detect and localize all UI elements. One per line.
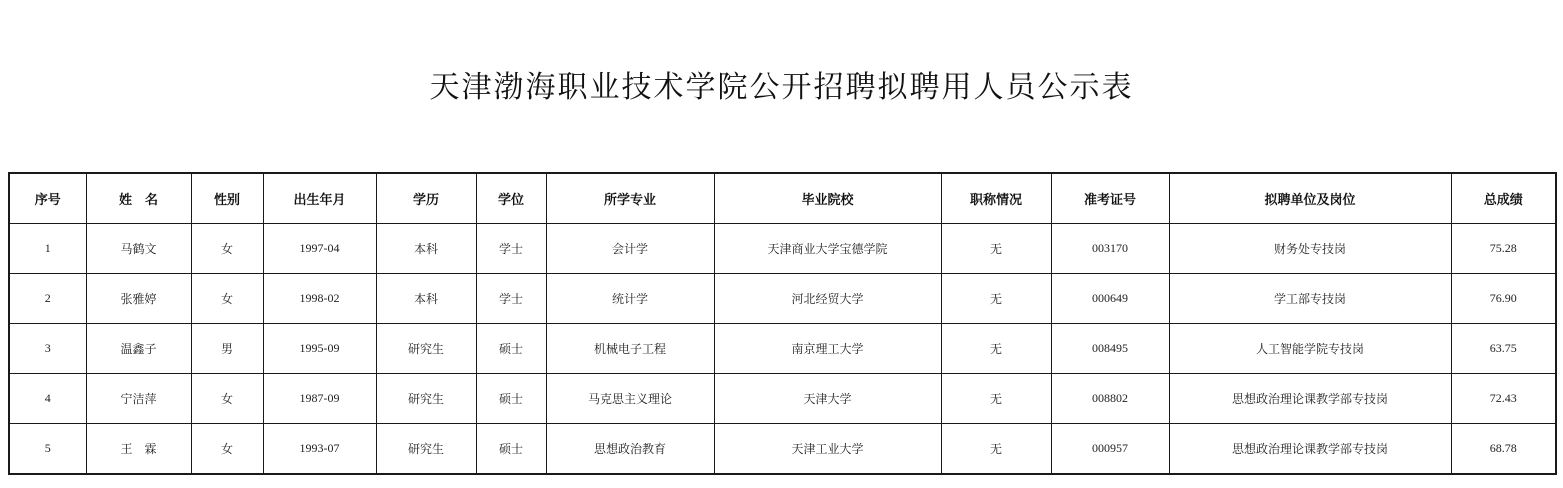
table-cell: 思想政治教育 (546, 424, 714, 475)
table-cell: 4 (9, 374, 86, 424)
table-cell: 温鑫子 (86, 324, 191, 374)
table-cell: 2 (9, 274, 86, 324)
table-cell: 3 (9, 324, 86, 374)
table-cell: 无 (941, 274, 1051, 324)
table-cell: 马克思主义理论 (546, 374, 714, 424)
table-row: 1马鹤文女1997-04本科学士会计学天津商业大学宝德学院无003170财务处专… (9, 224, 1556, 274)
table-header-row: 序号姓 名性别出生年月学历学位所学专业毕业院校职称情况准考证号拟聘单位及岗位总成… (9, 173, 1556, 224)
table-cell: 本科 (376, 224, 476, 274)
column-header: 序号 (9, 173, 86, 224)
table-cell: 女 (191, 224, 263, 274)
table-cell: 72.43 (1451, 374, 1556, 424)
column-header: 性别 (191, 173, 263, 224)
table-cell: 研究生 (376, 424, 476, 475)
column-header: 姓 名 (86, 173, 191, 224)
page-title: 天津渤海职业技术学院公开招聘拟聘用人员公示表 (0, 62, 1563, 106)
table-cell: 财务处专技岗 (1169, 224, 1451, 274)
table-cell: 机械电子工程 (546, 324, 714, 374)
table-cell: 研究生 (376, 374, 476, 424)
table-cell: 008802 (1051, 374, 1169, 424)
table-cell: 1998-02 (263, 274, 376, 324)
table-cell: 女 (191, 274, 263, 324)
table-cell: 硕士 (476, 374, 546, 424)
table-cell: 张雅婷 (86, 274, 191, 324)
table-cell: 思想政治理论课教学部专技岗 (1169, 424, 1451, 475)
table-cell: 1995-09 (263, 324, 376, 374)
table-cell: 女 (191, 374, 263, 424)
column-header: 毕业院校 (714, 173, 941, 224)
table-cell: 1987-09 (263, 374, 376, 424)
table-cell: 5 (9, 424, 86, 475)
table-cell: 硕士 (476, 324, 546, 374)
table-cell: 天津商业大学宝德学院 (714, 224, 941, 274)
table-cell: 河北经贸大学 (714, 274, 941, 324)
table-cell: 学士 (476, 224, 546, 274)
column-header: 学位 (476, 173, 546, 224)
table-row: 2张雅婷女1998-02本科学士统计学河北经贸大学无000649学工部专技岗76… (9, 274, 1556, 324)
table-cell: 1 (9, 224, 86, 274)
table-cell: 无 (941, 324, 1051, 374)
recruitment-table: 序号姓 名性别出生年月学历学位所学专业毕业院校职称情况准考证号拟聘单位及岗位总成… (8, 172, 1557, 475)
table-cell: 王 霖 (86, 424, 191, 475)
table-cell: 思想政治理论课教学部专技岗 (1169, 374, 1451, 424)
table-cell: 学工部专技岗 (1169, 274, 1451, 324)
table-cell: 000957 (1051, 424, 1169, 475)
column-header: 所学专业 (546, 173, 714, 224)
table-cell: 1997-04 (263, 224, 376, 274)
table-cell: 研究生 (376, 324, 476, 374)
column-header: 职称情况 (941, 173, 1051, 224)
announcement-page: 天津渤海职业技术学院公开招聘拟聘用人员公示表 序号姓 名性别出生年月学历学位所学… (0, 0, 1563, 488)
table-body: 1马鹤文女1997-04本科学士会计学天津商业大学宝德学院无003170财务处专… (9, 224, 1556, 475)
table-cell: 学士 (476, 274, 546, 324)
table-cell: 南京理工大学 (714, 324, 941, 374)
table-cell: 008495 (1051, 324, 1169, 374)
table-cell: 女 (191, 424, 263, 475)
table-cell: 人工智能学院专技岗 (1169, 324, 1451, 374)
table-row: 3温鑫子男1995-09研究生硕士机械电子工程南京理工大学无008495人工智能… (9, 324, 1556, 374)
table-cell: 马鹤文 (86, 224, 191, 274)
table-cell: 无 (941, 374, 1051, 424)
column-header: 出生年月 (263, 173, 376, 224)
table-cell: 男 (191, 324, 263, 374)
column-header: 总成绩 (1451, 173, 1556, 224)
table-cell: 天津大学 (714, 374, 941, 424)
table-cell: 1993-07 (263, 424, 376, 475)
table-row: 4宁洁萍女1987-09研究生硕士马克思主义理论天津大学无008802思想政治理… (9, 374, 1556, 424)
table-cell: 68.78 (1451, 424, 1556, 475)
table-cell: 宁洁萍 (86, 374, 191, 424)
table-cell: 76.90 (1451, 274, 1556, 324)
column-header: 拟聘单位及岗位 (1169, 173, 1451, 224)
table-cell: 75.28 (1451, 224, 1556, 274)
table-cell: 本科 (376, 274, 476, 324)
table-cell: 统计学 (546, 274, 714, 324)
table-cell: 003170 (1051, 224, 1169, 274)
table-cell: 硕士 (476, 424, 546, 475)
column-header: 准考证号 (1051, 173, 1169, 224)
table-cell: 无 (941, 224, 1051, 274)
column-header: 学历 (376, 173, 476, 224)
table-cell: 会计学 (546, 224, 714, 274)
table-cell: 000649 (1051, 274, 1169, 324)
table-cell: 无 (941, 424, 1051, 475)
table-row: 5王 霖女1993-07研究生硕士思想政治教育天津工业大学无000957思想政治… (9, 424, 1556, 475)
table-cell: 天津工业大学 (714, 424, 941, 475)
table-cell: 63.75 (1451, 324, 1556, 374)
